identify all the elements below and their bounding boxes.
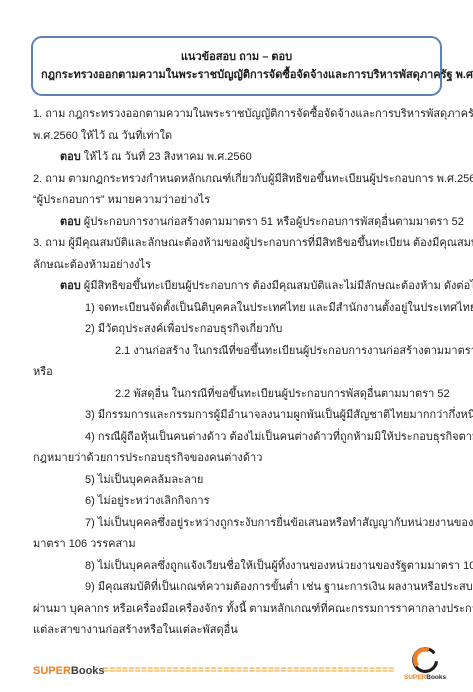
answer-label: ตอบ xyxy=(60,216,81,228)
doc-line: “ผู้ประกอบการ” หมายความว่าอย่างไร xyxy=(33,190,453,212)
doc-line: 4) กรณีผู้ถือหุ้นเป็นคนต่างด้าว ต้องไม่เ… xyxy=(33,427,453,449)
superbooks-logo-icon xyxy=(401,646,449,674)
document-body: 1. ถาม กฎกระทรวงออกตามความในพระราชบัญญัต… xyxy=(33,104,453,642)
doc-line: กฎหมายว่าด้วยการประกอบธุรกิจของคนต่างด้า… xyxy=(33,448,453,470)
doc-title: แนวข้อสอบ ถาม – ตอบ xyxy=(41,50,432,64)
superbooks-logo: SUPERBooks xyxy=(401,646,449,682)
doc-line: 2. ถาม ตามกฎกระทรวงกำหนดหลักเกณฑ์เกี่ยวก… xyxy=(33,169,453,191)
exam-header-box: แนวข้อสอบ ถาม – ตอบ กฎกระทรวงออกตามความใ… xyxy=(31,36,442,96)
doc-line: 7) ไม่เป็นบุคคลซึ่งอยู่ระหว่างถูกระงับกา… xyxy=(33,513,453,535)
logo-text-super: SUPER xyxy=(404,674,426,681)
doc-line: มาตรา 106 วรรคสาม xyxy=(33,534,453,556)
footer-brand-super: SUPER xyxy=(33,665,71,677)
doc-line: แต่ละสาขางานก่อสร้างหรือในแต่ละพัสดุอื่น xyxy=(33,620,453,642)
doc-line: 2.1 งานก่อสร้าง ในกรณีที่ขอขึ้นทะเบียนผู… xyxy=(33,341,453,363)
doc-line: ตอบ ผู้ประกอบการงานก่อสร้างตามมาตรา 51 ห… xyxy=(33,212,453,234)
doc-line: 3. ถาม ผู้มีคุณสมบัติและลักษณะต้องห้ามขอ… xyxy=(33,233,453,255)
doc-line: 9) มีคุณสมบัติที่เป็นเกณฑ์ความต้องการขั้… xyxy=(33,577,453,599)
superbooks-logo-text: SUPERBooks xyxy=(401,675,449,682)
document-page: แนวข้อสอบ ถาม – ตอบ กฎกระทรวงออกตามความใ… xyxy=(0,0,473,692)
footer-separator: ========================================… xyxy=(103,665,395,676)
answer-label: ตอบ xyxy=(60,151,81,163)
doc-line: 5) ไม่เป็นบุคคลล้มละลาย xyxy=(33,470,453,492)
doc-line: หรือ xyxy=(33,362,453,384)
doc-line: ผ่านมา บุคลากร หรือเครื่องมือเครื่องจักร… xyxy=(33,599,453,621)
doc-line: ตอบ ให้ไว้ ณ วันที่ 23 สิงหาคม พ.ศ.2560 xyxy=(33,147,453,169)
logo-text-books: Books xyxy=(426,674,446,681)
doc-subtitle: กฎกระทรวงออกตามความในพระราชบัญญัติการจัด… xyxy=(41,68,432,82)
doc-line: 2.2 พัสดุอื่น ในกรณีที่ขอขึ้นทะเบียนผู้ป… xyxy=(33,384,453,406)
doc-line: 1. ถาม กฎกระทรวงออกตามความในพระราชบัญญัต… xyxy=(33,104,453,126)
doc-line: 6) ไม่อยู่ระหว่างเลิกกิจการ xyxy=(33,491,453,513)
doc-line: ตอบ ผู้มีสิทธิขอขึ้นทะเบียนผู้ประกอบการ … xyxy=(33,276,453,298)
answer-label: ตอบ xyxy=(60,280,81,292)
footer-brand: SUPERBooks xyxy=(33,665,105,677)
doc-line: ลักษณะต้องห้ามอย่างงไร xyxy=(33,255,453,277)
doc-line: พ.ศ.2560 ให้ไว้ ณ วันที่เท่าใด xyxy=(33,126,453,148)
doc-line: 2) มีวัตถุประสงค์เพื่อประกอบธุรกิจเกี่ยว… xyxy=(33,319,453,341)
footer-brand-books: Books xyxy=(71,665,105,677)
doc-line: 8) ไม่เป็นบุคคลซึ่งถูกแจ้งเวียนชื่อให้เป… xyxy=(33,556,453,578)
doc-line: 1) จดทะเบียนจัดตั้งเป็นนิติบุคคลในประเทศ… xyxy=(33,298,453,320)
doc-line: 3) มีกรรมการและกรรมการผู้มีอำนาจลงนามผูก… xyxy=(33,405,453,427)
